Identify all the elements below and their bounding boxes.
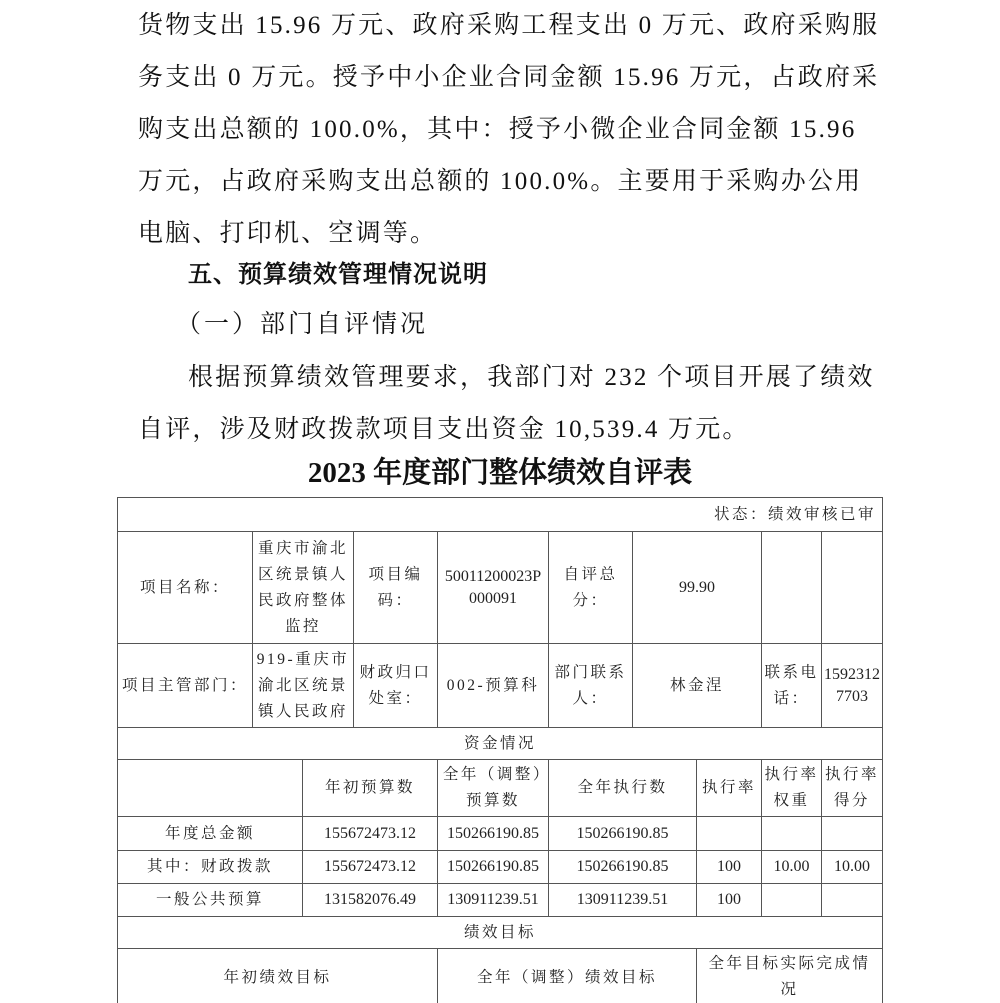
project-code-label: 项目编码： xyxy=(353,531,438,644)
funds-row-label: 年度总金额 xyxy=(117,816,303,851)
funds-cell: 150266190.85 xyxy=(437,816,549,851)
funds-cell: 150266190.85 xyxy=(548,850,697,884)
empty-cell xyxy=(821,531,883,644)
paragraph-self-evaluation: 根据预算绩效管理要求，我部门对 232 个项目开展了绩效自评，涉及财政拨款项目支… xyxy=(138,352,883,456)
empty-cell xyxy=(761,531,822,644)
goals-header-cell: 全年（调整）绩效目标 xyxy=(437,948,697,1003)
funds-cell: 100 xyxy=(696,883,762,917)
phone-label: 联系电话： xyxy=(761,643,822,728)
project-code-value: 50011200023P000091 xyxy=(437,531,549,644)
status-cell: 状态：绩效审核已审 xyxy=(117,497,883,532)
funds-cell xyxy=(761,883,822,917)
contact-label: 部门联系人： xyxy=(548,643,633,728)
funds-cell xyxy=(696,816,762,851)
funds-row-label: 其中：财政拨款 xyxy=(117,850,303,884)
self-score-label: 自评总分： xyxy=(548,531,633,644)
funds-header-cell: 执行率 xyxy=(696,759,762,817)
funds-cell: 130911239.51 xyxy=(548,883,697,917)
subsection-heading: （一）部门自评情况 xyxy=(176,304,428,340)
funds-header-cell: 执行率权重 xyxy=(761,759,822,817)
self-score-value: 99.90 xyxy=(632,531,762,644)
funds-cell: 10.00 xyxy=(761,850,822,884)
funds-row-label: 一般公共预算 xyxy=(117,883,303,917)
funds-cell: 10.00 xyxy=(821,850,883,884)
table-title: 2023 年度部门整体绩效自评表 xyxy=(0,450,1000,491)
section-heading: 五、预算绩效管理情况说明 xyxy=(188,254,488,289)
funds-cell xyxy=(821,816,883,851)
contact-value: 林金涅 xyxy=(632,643,762,728)
finance-office-label: 财政归口处室： xyxy=(353,643,438,728)
project-name-value: 重庆市渝北区统景镇人民政府整体监控 xyxy=(252,531,354,644)
dept-label: 项目主管部门： xyxy=(117,643,253,728)
funds-cell: 100 xyxy=(696,850,762,884)
goals-section-header: 绩效目标 xyxy=(117,916,883,949)
funds-header-cell xyxy=(117,759,303,817)
project-name-label: 项目名称： xyxy=(117,531,253,644)
funds-cell: 130911239.51 xyxy=(437,883,549,917)
dept-value: 919-重庆市渝北区统景镇人民政府 xyxy=(252,643,354,728)
goals-header-cell: 年初绩效目标 xyxy=(117,948,438,1003)
funds-cell: 131582076.49 xyxy=(302,883,438,917)
finance-office-value: 002-预算科 xyxy=(437,643,549,728)
funds-cell: 150266190.85 xyxy=(548,816,697,851)
funds-cell xyxy=(821,883,883,917)
funds-cell: 155672473.12 xyxy=(302,850,438,884)
funds-cell: 150266190.85 xyxy=(437,850,549,884)
phone-value: 15923127703 xyxy=(821,643,883,728)
funds-header-cell: 全年（调整）预算数 xyxy=(437,759,549,817)
funds-section-header: 资金情况 xyxy=(117,727,883,760)
funds-header-cell: 全年执行数 xyxy=(548,759,697,817)
goals-header-cell: 全年目标实际完成情况 xyxy=(696,948,883,1003)
funds-cell xyxy=(761,816,822,851)
funds-header-cell: 年初预算数 xyxy=(302,759,438,817)
funds-header-cell: 执行率得分 xyxy=(821,759,883,817)
paragraph-procurement: 货物支出 15.96 万元、政府采购工程支出 0 万元、政府采购服务支出 0 万… xyxy=(138,0,883,260)
funds-cell: 155672473.12 xyxy=(302,816,438,851)
